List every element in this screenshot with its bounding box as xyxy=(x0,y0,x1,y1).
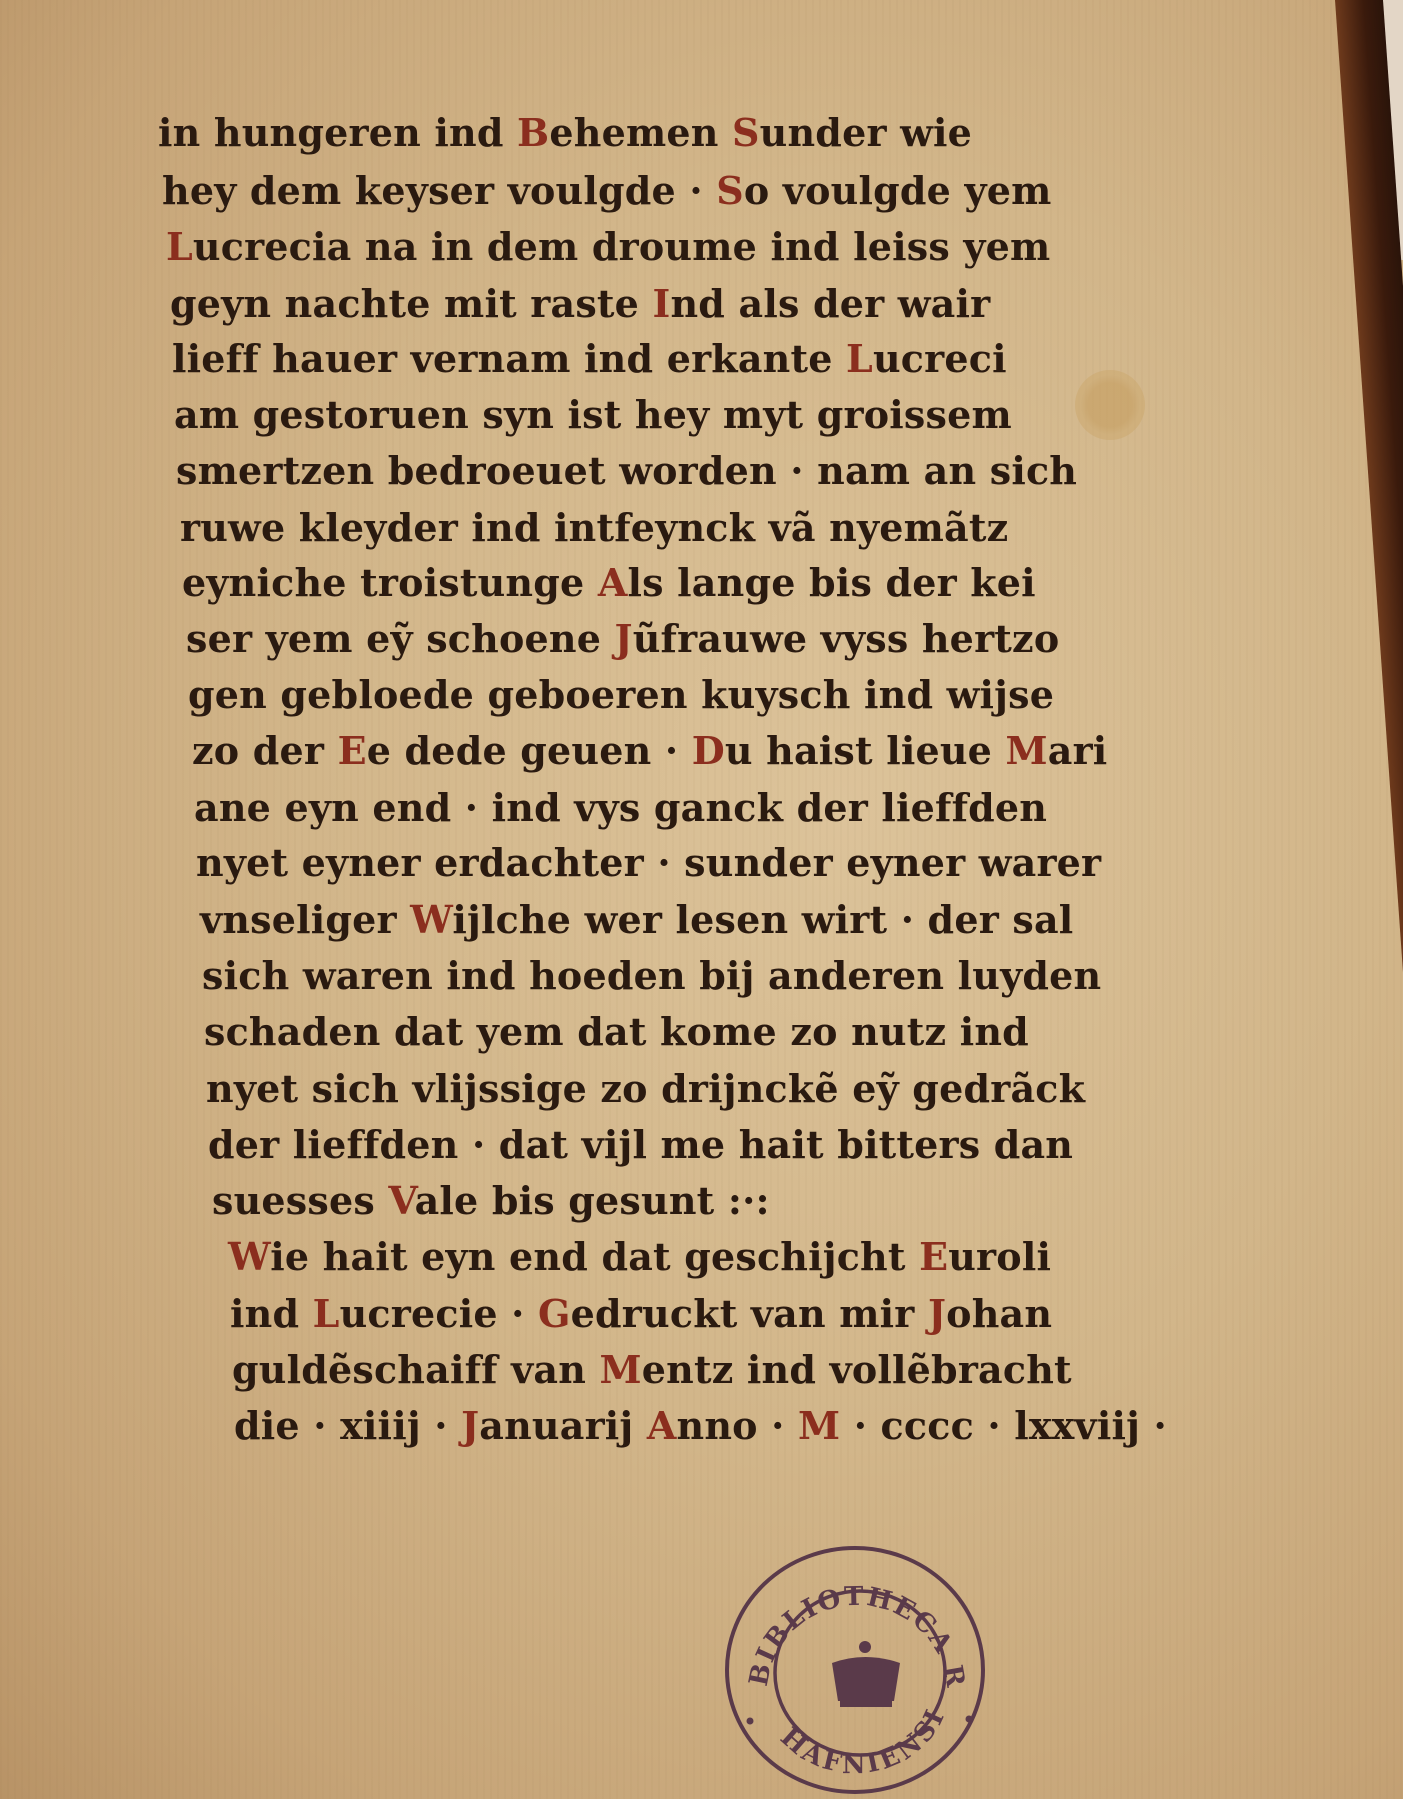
text-line-17: schaden dat yem dat kome zo nutz ind xyxy=(204,1009,1029,1054)
text-line-2: hey dem keyser voulgde · So voulgde yem xyxy=(162,168,1052,213)
text-line-12: zo der Ee dede geuen · Du haist lieue Ma… xyxy=(192,728,1107,773)
text-line-8: ruwe kleyder ind intfeynck vã nyemãtz xyxy=(180,505,1008,550)
text-line-19: der lieffden · dat vijl me hait bitters … xyxy=(208,1122,1073,1167)
text-line-18: nyet sich vlijssige zo drijnckẽ eỹ gedrã… xyxy=(206,1066,1085,1111)
colophon-line-4: die · xiiij · Januarij Anno · M · cccc ·… xyxy=(234,1403,1167,1448)
text-line-3: Lucrecia na in dem droume ind leiss yem xyxy=(166,224,1050,269)
colophon-line-1: Wie hait eyn end dat geschijcht Euroli xyxy=(228,1234,1051,1279)
text-line-9: eyniche troistunge Als lange bis der kei xyxy=(182,560,1036,605)
colophon-line-3: guldẽschaiff van Mentz ind vollẽbracht xyxy=(232,1347,1072,1392)
text-line-4: geyn nachte mit raste Ind als der wair xyxy=(170,281,990,326)
text-line-13: ane eyn end · ind vys ganck der lieffden xyxy=(194,785,1047,830)
colophon-line-2: ind Lucrecie · Gedruckt van mir Johan xyxy=(230,1291,1052,1336)
text-line-10: ser yem eỹ schoene Jũfrauwe vyss hertzo xyxy=(186,616,1059,661)
crown-icon xyxy=(832,1641,900,1707)
printed-text-block: in hungeren ind Behemen Sunder wie hey d… xyxy=(0,0,1403,1420)
text-line-5: lieff hauer vernam ind erkante Lucreci xyxy=(172,336,1007,381)
text-line-16: sich waren ind hoeden bij anderen luyden xyxy=(202,953,1101,998)
text-line-7: smertzen bedroeuet worden · nam an sich xyxy=(176,448,1077,493)
text-line-20: suesses Vale bis gesunt :·: xyxy=(212,1178,770,1223)
library-stamp: BIBLIOTHECA REGIA HAFNIENSIS xyxy=(722,1543,988,1797)
text-line-11: gen gebloede geboeren kuysch ind wijse xyxy=(188,672,1054,717)
text-line-6: am gestoruen syn ist hey myt groissem xyxy=(174,392,1012,437)
text-line-14: nyet eyner erdachter · sunder eyner ware… xyxy=(196,840,1101,885)
text-line-1: in hungeren ind Behemen Sunder wie xyxy=(158,110,972,155)
text-line-15: vnseliger Wijlche wer lesen wirt · der s… xyxy=(200,897,1073,942)
